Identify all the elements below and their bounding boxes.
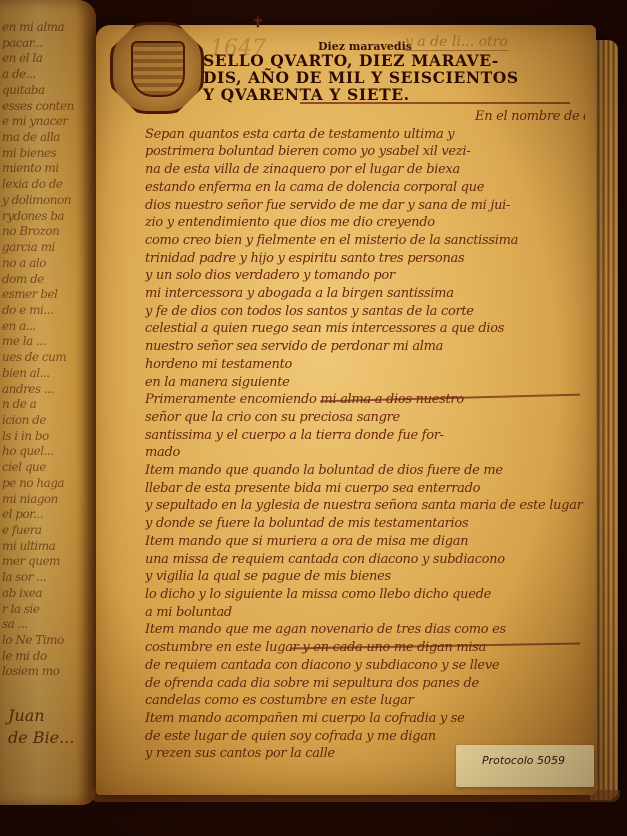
left-page-line: no Brozon (2, 224, 92, 240)
left-page-line: ma de alla (2, 130, 92, 146)
manuscript-line: estando enferma en la cama de dolencia c… (145, 179, 585, 197)
left-page-line: n de a (2, 397, 92, 413)
left-page-line: lo Ne Timo (2, 633, 92, 649)
left-page-line: ues de cum (2, 350, 92, 366)
left-page-line: me la ... (2, 334, 92, 350)
signature-line-1: Juan (8, 705, 74, 727)
manuscript-line: una missa de requiem cantada con diacono… (145, 551, 585, 569)
manuscript-line: mado (145, 444, 585, 462)
cross-icon: ✝ (252, 15, 264, 31)
manuscript-line: Item mando acompañen mi cuerpo la cofrad… (145, 710, 585, 728)
manuscript-line: costumbre en este lugar y en cada uno me… (145, 639, 585, 657)
left-page-line: el por... (2, 507, 92, 523)
stamp-line-1: SELLO QVARTO, DIEZ MARAVE- (203, 52, 573, 69)
left-page-line: e fuera (2, 523, 92, 539)
manuscript-line: de requiem cantada con diacono y subdiac… (145, 657, 585, 675)
ruled-line (300, 102, 570, 104)
left-page-line: mi ultima (2, 539, 92, 555)
manuscript-line: Item mando que me agan novenario de tres… (145, 621, 585, 639)
left-page-line: en el la (2, 51, 92, 67)
left-page-line: mer quem (2, 554, 92, 570)
manuscript-line: y donde se fuere la boluntad de mis test… (145, 515, 585, 533)
stamp-line-3: Y QVARENTA Y SIETE. (203, 86, 573, 103)
left-page-line: ls i in bo (2, 429, 92, 445)
left-page-signature: Juan de Bie... (8, 705, 74, 749)
stamp-line-2: DIS, AÑO DE MIL Y SEISCIENTOS (203, 69, 573, 86)
left-page-line: andres ... (2, 382, 92, 398)
left-page-line: mi niagon (2, 492, 92, 508)
manuscript-line: en la manera siguiente (145, 374, 585, 392)
left-page-line: a de... (2, 67, 92, 83)
manuscript-line: trinidad padre y hijo y espiritu santo t… (145, 250, 585, 268)
manuscript-line: nuestro señor sea servido de perdonar mi… (145, 338, 585, 356)
left-page-line: pacar... (2, 36, 92, 52)
header-handwritten-note: y a de li... otro (405, 34, 508, 51)
manuscript-line: En el nombre de dios amen (145, 108, 585, 126)
left-page-line: lexia do de (2, 177, 92, 193)
archive-label-text: Protocolo 5059 (482, 754, 565, 767)
left-page-line: ciel que (2, 460, 92, 476)
manuscript-line: celestial a quien ruego sean mis interce… (145, 320, 585, 338)
manuscript-line: hordeno mi testamento (145, 356, 585, 374)
manuscript-line: llebar de esta presente bida mi cuerpo s… (145, 480, 585, 498)
left-page-line: ab ixea (2, 586, 92, 602)
left-page-line: icion de (2, 413, 92, 429)
manuscript-line: de ofrenda cada dia sobre mi sepultura d… (145, 675, 585, 693)
left-page-line: le mi do (2, 649, 92, 665)
left-page-line: no a alo (2, 256, 92, 272)
left-page-line: bien al... (2, 366, 92, 382)
manuscript-line: zio y entendimiento que dios me dio crey… (145, 214, 585, 232)
left-page-line: en a... (2, 319, 92, 335)
left-page-text: en mi almapacar...en el laa de...quitaba… (2, 20, 92, 680)
coat-of-arms-shield-icon (131, 41, 185, 97)
left-manuscript-page: en mi almapacar...en el laa de...quitaba… (0, 0, 96, 805)
left-page-line: garcia mi (2, 240, 92, 256)
left-page-line: dom de (2, 272, 92, 288)
manuscript-line: lo dicho y lo siguiente la missa como ll… (145, 586, 585, 604)
left-page-line: esmer bel (2, 287, 92, 303)
manuscript-line: candelas como es costumbre en este lugar (145, 692, 585, 710)
left-page-line: mi bienes (2, 146, 92, 162)
manuscript-line: na de esta villa de zinaquero por el lug… (145, 161, 585, 179)
manuscript-line: de este lugar de quien soy cofrada y me … (145, 728, 585, 746)
manuscript-line: a mi boluntad (145, 604, 585, 622)
manuscript-line: Item mando que si muriera a ora de misa … (145, 533, 585, 551)
left-page-line: esses conten (2, 99, 92, 115)
left-page-line: e mi ynacer (2, 114, 92, 130)
left-page-line: la sor ... (2, 570, 92, 586)
manuscript-line: mi intercessora y abogada a la birgen sa… (145, 285, 585, 303)
manuscript-line: postrimera boluntad bieren como yo ysabe… (145, 143, 585, 161)
left-page-line: pe no haga (2, 476, 92, 492)
left-page-line: sa ... (2, 617, 92, 633)
left-page-line: do e mi... (2, 303, 92, 319)
manuscript-line: y un solo dios verdadero y tomando por (145, 267, 585, 285)
manuscript-line: y fe de dios con todos los santos y sant… (145, 303, 585, 321)
left-page-line: quitaba (2, 83, 92, 99)
left-page-line: y dolimonon (2, 193, 92, 209)
manuscript-line: y vigilia la qual se pague de mis bienes (145, 568, 585, 586)
manuscript-line: como creo bien y fielmente en el misteri… (145, 232, 585, 250)
left-page-line: ho quel... (2, 444, 92, 460)
manuscript-line: señor que la crio con su preciosa sangre (145, 409, 585, 427)
manuscript-line: Item mando que quando la boluntad de dio… (145, 462, 585, 480)
manuscript-body: En el nombre de dios amenSepan quantos e… (145, 108, 585, 763)
stamp-printed-heading: SELLO QVARTO, DIEZ MARAVE- DIS, AÑO DE M… (203, 52, 573, 103)
signature-line-2: de Bie... (8, 727, 74, 749)
left-page-line: r la sie (2, 602, 92, 618)
manuscript-line: y sepultado en la yglesia de nuestra señ… (145, 497, 585, 515)
manuscript-line: Sepan quantos esta carta de testamento u… (145, 126, 585, 144)
left-page-line: rydones ba (2, 209, 92, 225)
left-page-line: losiem mo (2, 664, 92, 680)
left-page-line: en mi alma (2, 20, 92, 36)
manuscript-line: dios nuestro señor fue servido de me dar… (145, 197, 585, 215)
manuscript-line: santissima y el cuerpo a la tierra donde… (145, 427, 585, 445)
left-page-line: miento mi (2, 161, 92, 177)
archive-label: Protocolo 5059 (456, 745, 594, 787)
